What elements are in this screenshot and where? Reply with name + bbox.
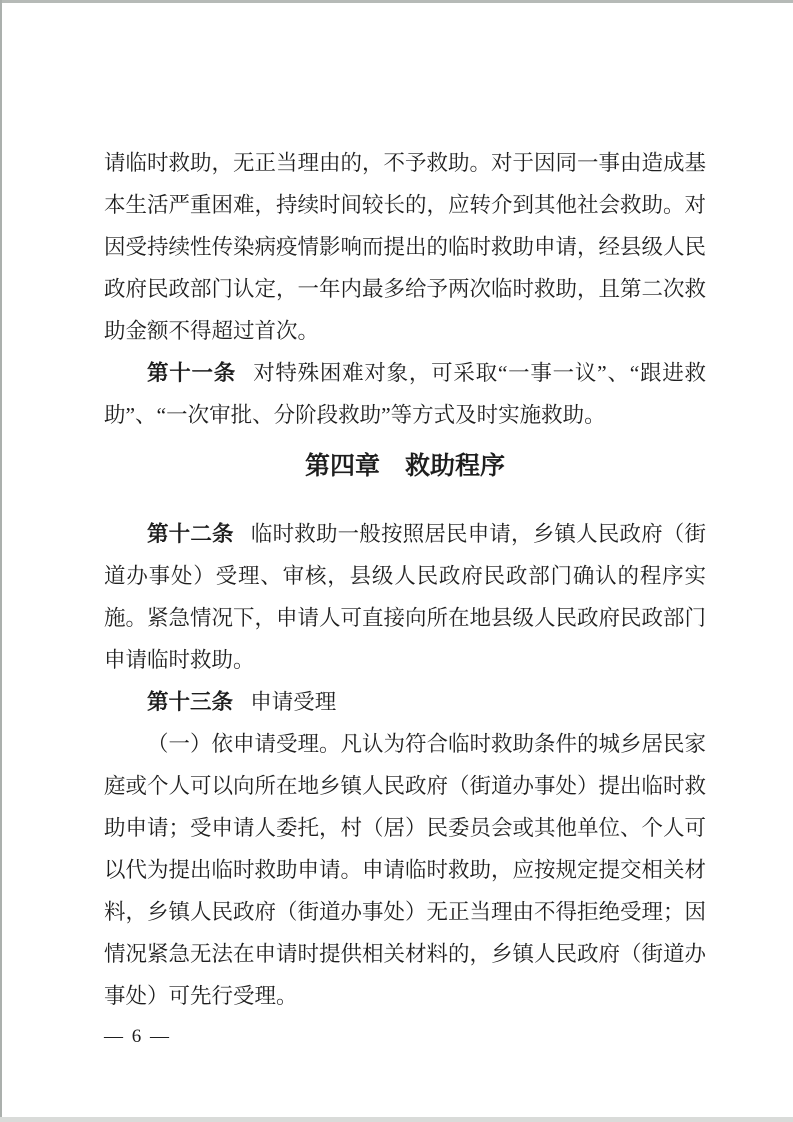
chapter-heading: 第四章 救助程序	[104, 450, 706, 483]
paragraph: 第十三条申请受理	[104, 681, 706, 723]
paragraph: 第十一条对特殊困难对象，可采取“一事一议”、“跟进救助”、“一次审批、分阶段救助…	[104, 352, 706, 436]
scan-edge-bottom	[0, 1117, 793, 1122]
scan-edge-top	[0, 0, 793, 3]
paragraph: 请临时救助，无正当理由的，不予救助。对于因同一事由造成基本生活严重困难，持续时间…	[104, 142, 706, 352]
article-number: 第十三条	[147, 690, 233, 714]
article-number: 第十二条	[147, 522, 234, 546]
page-number: — 6 —	[104, 1026, 171, 1048]
document-page: 请临时救助，无正当理由的，不予救助。对于因同一事由造成基本生活严重困难，持续时间…	[0, 0, 793, 1122]
paragraph: 第十二条临时救助一般按照居民申请，乡镇人民政府（街道办事处）受理、审核，县级人民…	[104, 513, 706, 681]
paragraph-text: 申请受理	[250, 690, 336, 714]
paragraph-text: 请临时救助，无正当理由的，不予救助。对于因同一事由造成基本生活严重困难，持续时间…	[104, 151, 706, 343]
article-number: 第十一条	[147, 361, 236, 385]
scan-edge-left	[0, 0, 2, 1122]
paragraph-text: （一）依申请受理。凡认为符合临时救助条件的城乡居民家庭或个人可以向所在地乡镇人民…	[104, 732, 706, 1008]
paragraph: （一）依申请受理。凡认为符合临时救助条件的城乡居民家庭或个人可以向所在地乡镇人民…	[104, 723, 706, 1017]
document-body: 请临时救助，无正当理由的，不予救助。对于因同一事由造成基本生活严重困难，持续时间…	[104, 142, 706, 1017]
